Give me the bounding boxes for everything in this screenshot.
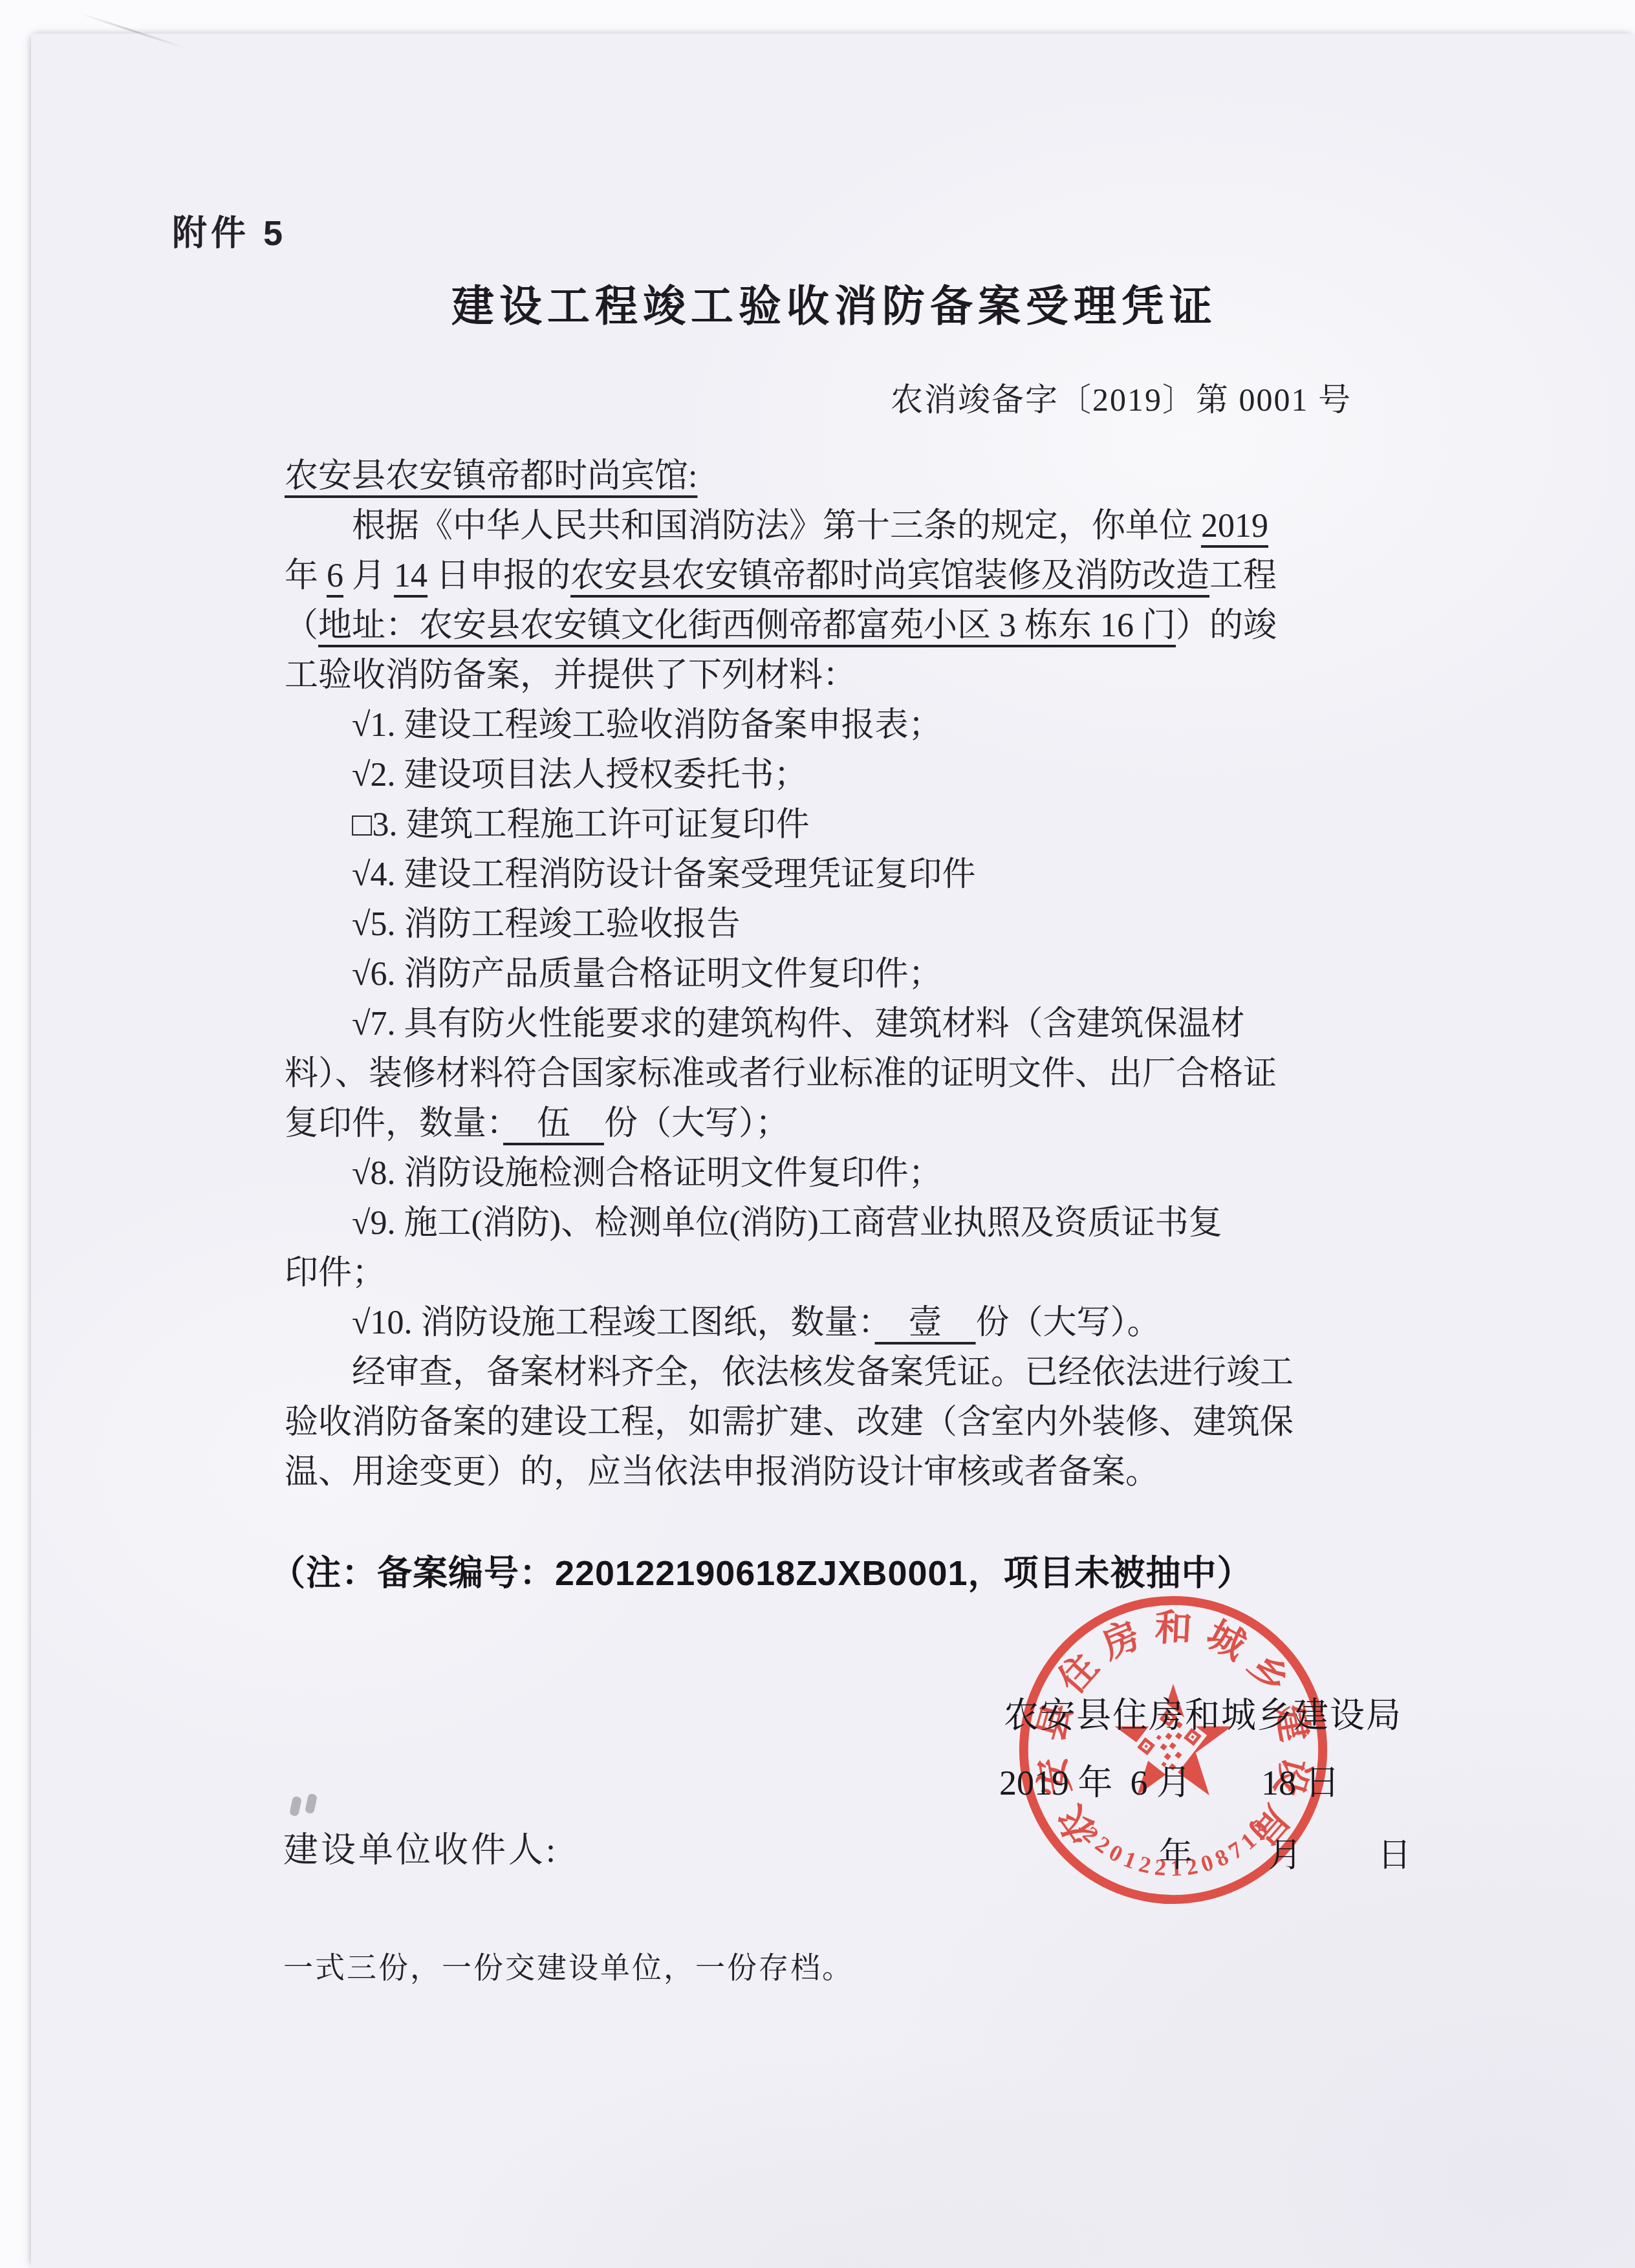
material-item-4: √4. 建设工程消防设计备案受理凭证复印件: [285, 850, 1397, 900]
material-item-9-line-2: 印件；: [285, 1248, 1397, 1298]
intro-line-2: 年 6 月 14 日申报的农安县农安镇帝都时尚宾馆装修及消防改造工程: [285, 551, 1397, 601]
issuing-authority: 农安县住房和城乡建设局: [1004, 1688, 1402, 1738]
quantity-unit: 份（大写）；: [604, 1105, 789, 1142]
intro-text: ）的竣: [1176, 607, 1277, 644]
quantity-value-wu: 伍: [503, 1105, 604, 1142]
material-item-7-line-2: 料）、装修材料符合国家标准或者行业标准的证明文件、出厂合格证: [285, 1049, 1397, 1099]
recipient-line: 农安县农安镇帝都时尚宾馆:: [285, 451, 1397, 501]
issue-date: 2019 年 6 月 18 日: [999, 1755, 1340, 1805]
quantity-value-yi: 壹: [875, 1304, 976, 1341]
material-item-5: √5. 消防工程竣工验收报告: [285, 900, 1397, 949]
intro-text: 年: [285, 557, 327, 594]
receiver-label: 建设单位收件人:: [283, 1822, 558, 1872]
document-title: 建设工程竣工验收消防备案受理凭证: [285, 282, 1384, 330]
material-item-7-line-1: √7. 具有防火性能要求的建筑构件、建筑材料（含建筑保温材: [285, 999, 1397, 1049]
blank-date-line: 年 月 日: [1159, 1828, 1411, 1876]
filled-month: 6: [327, 557, 343, 594]
material-item-8: √8. 消防设施检测合格证明文件复印件；: [285, 1149, 1397, 1198]
quantity-label: 复印件，数量：: [285, 1105, 503, 1142]
intro-text: （: [285, 607, 318, 644]
document-body: 农安县农安镇帝都时尚宾馆: 根据《中华人民共和国消防法》第十三条的规定，你单位 …: [285, 451, 1397, 1497]
item-text: √10. 消防设施工程竣工图纸，数量：: [352, 1304, 875, 1341]
project-name: 农安县农安镇帝都时尚宾馆装修及消防改造: [570, 557, 1209, 594]
project-address: 地址：农安县农安镇文化街西侧帝都富苑小区 3 栋东 16 门: [318, 607, 1176, 644]
material-item-6: √6. 消防产品质量合格证明文件复印件；: [285, 949, 1397, 999]
intro-line-1: 根据《中华人民共和国消防法》第十三条的规定，你单位 2019: [285, 501, 1397, 551]
closing-line-3: 温、用途变更）的，应当依法申报消防设计审核或者备案。: [285, 1447, 1397, 1497]
scanned-document-page: 附件 5 建设工程竣工验收消防备案受理凭证 农消竣备字〔2019〕第 0001 …: [0, 0, 1635, 2268]
intro-text: 月: [343, 557, 394, 594]
material-item-1: √1. 建设工程竣工验收消防备案申报表；: [285, 700, 1397, 750]
material-item-7-line-3: 复印件，数量： 伍 份（大写）；: [285, 1099, 1397, 1149]
material-item-2: √2. 建设项目法人授权委托书；: [285, 750, 1397, 800]
quantity-unit: 份（大写）。: [976, 1304, 1161, 1341]
document-ref-number: 农消竣备字〔2019〕第 0001 号: [317, 374, 1352, 420]
attachment-label: 附件 5: [172, 206, 287, 255]
closing-line-2: 验收消防备案的建设工程，如需扩建、改建（含室内外装修、建筑保: [285, 1398, 1397, 1447]
intro-text: 根据《中华人民共和国消防法》第十三条的规定，你单位: [352, 508, 1201, 545]
distribution-note: 一式三份，一份交建设单位，一份存档。: [283, 1944, 854, 1987]
filled-day: 14: [394, 557, 428, 594]
recipient-name: 农安县农安镇帝都时尚宾馆:: [285, 458, 697, 495]
material-item-10: √10. 消防设施工程竣工图纸，数量： 壹 份（大写）。: [285, 1298, 1397, 1348]
material-item-9-line-1: √9. 施工(消防)、检测单位(消防)工商营业执照及资质证书复: [285, 1198, 1397, 1248]
material-item-3: □3. 建筑工程施工许可证复印件: [285, 800, 1397, 850]
filled-year: 2019: [1201, 508, 1268, 545]
intro-text: 日申报的: [428, 557, 570, 594]
closing-line-1: 经审查，备案材料齐全，依法核发备案凭证。已经依法进行竣工: [285, 1348, 1397, 1398]
intro-line-4: 工验收消防备案，并提供了下列材料：: [285, 651, 1397, 700]
intro-text: 工程: [1209, 557, 1277, 594]
filing-number-note: （注：备案编号：220122190618ZJXB0001，项目未被抽中）: [270, 1546, 1253, 1595]
intro-line-3: （地址：农安县农安镇文化街西侧帝都富苑小区 3 栋东 16 门）的竣: [285, 601, 1397, 651]
